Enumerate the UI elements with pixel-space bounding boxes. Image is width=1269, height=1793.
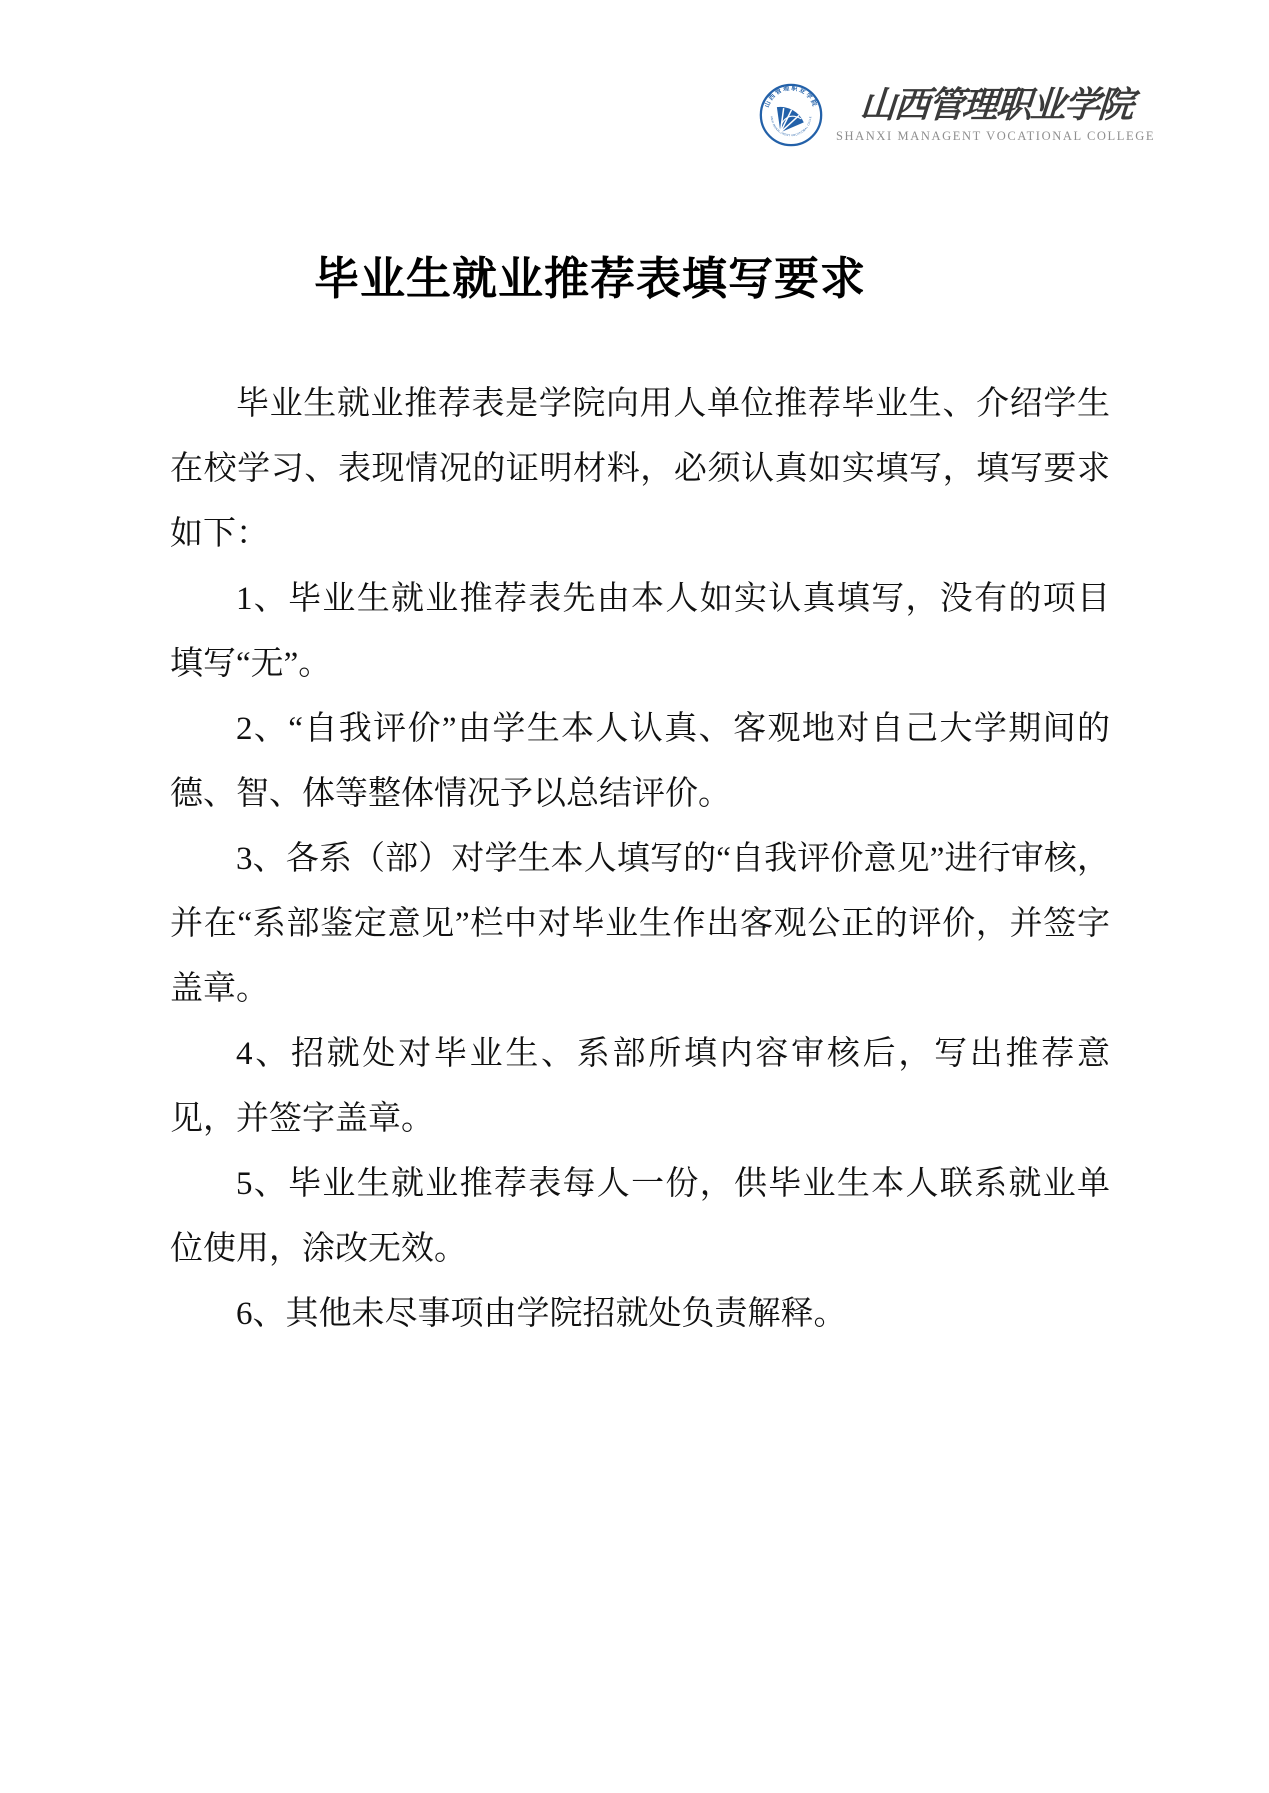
college-name-en: SHANXI MANAGENT VOCATIONAL COLLEGE bbox=[836, 129, 1155, 144]
college-seal-icon: 山西管理职业学院 SHANXI MANAGEMENT VOCATIONAL CO… bbox=[758, 82, 824, 148]
rule-item-5: 5、毕业生就业推荐表每人一份，供毕业生本人联系就业单位使用，涂改无效。 bbox=[170, 1152, 1110, 1282]
college-name-block: 山西管理职业学院 SHANXI MANAGENT VOCATIONAL COLL… bbox=[836, 86, 1155, 144]
rule-item-2: 2、“自我评价”由学生本人认真、客观地对自己大学期间的德、智、体等整体情况予以总… bbox=[170, 697, 1110, 827]
intro-paragraph: 毕业生就业推荐表是学院向用人单位推荐毕业生、介绍学生在校学习、表现情况的证明材料… bbox=[170, 372, 1110, 567]
rule-item-1: 1、毕业生就业推荐表先由本人如实认真填写，没有的项目填写“无”。 bbox=[170, 567, 1110, 697]
rule-item-6: 6、其他未尽事项由学院招就处负责解释。 bbox=[170, 1282, 1110, 1347]
college-name-zh: 山西管理职业学院 bbox=[858, 86, 1133, 126]
document-body: 毕业生就业推荐表是学院向用人单位推荐毕业生、介绍学生在校学习、表现情况的证明材料… bbox=[170, 372, 1110, 1347]
document-title: 毕业生就业推荐表填写要求 bbox=[0, 242, 1180, 307]
college-logo: 山西管理职业学院 SHANXI MANAGEMENT VOCATIONAL CO… bbox=[758, 82, 1155, 148]
rule-item-3: 3、各系（部）对学生本人填写的“自我评价意见”进行审核，并在“系部鉴定意见”栏中… bbox=[170, 827, 1110, 1022]
page: 山西管理职业学院 SHANXI MANAGEMENT VOCATIONAL CO… bbox=[0, 0, 1269, 1793]
rule-item-4: 4、招就处对毕业生、系部所填内容审核后，写出推荐意见，并签字盖章。 bbox=[170, 1022, 1110, 1152]
